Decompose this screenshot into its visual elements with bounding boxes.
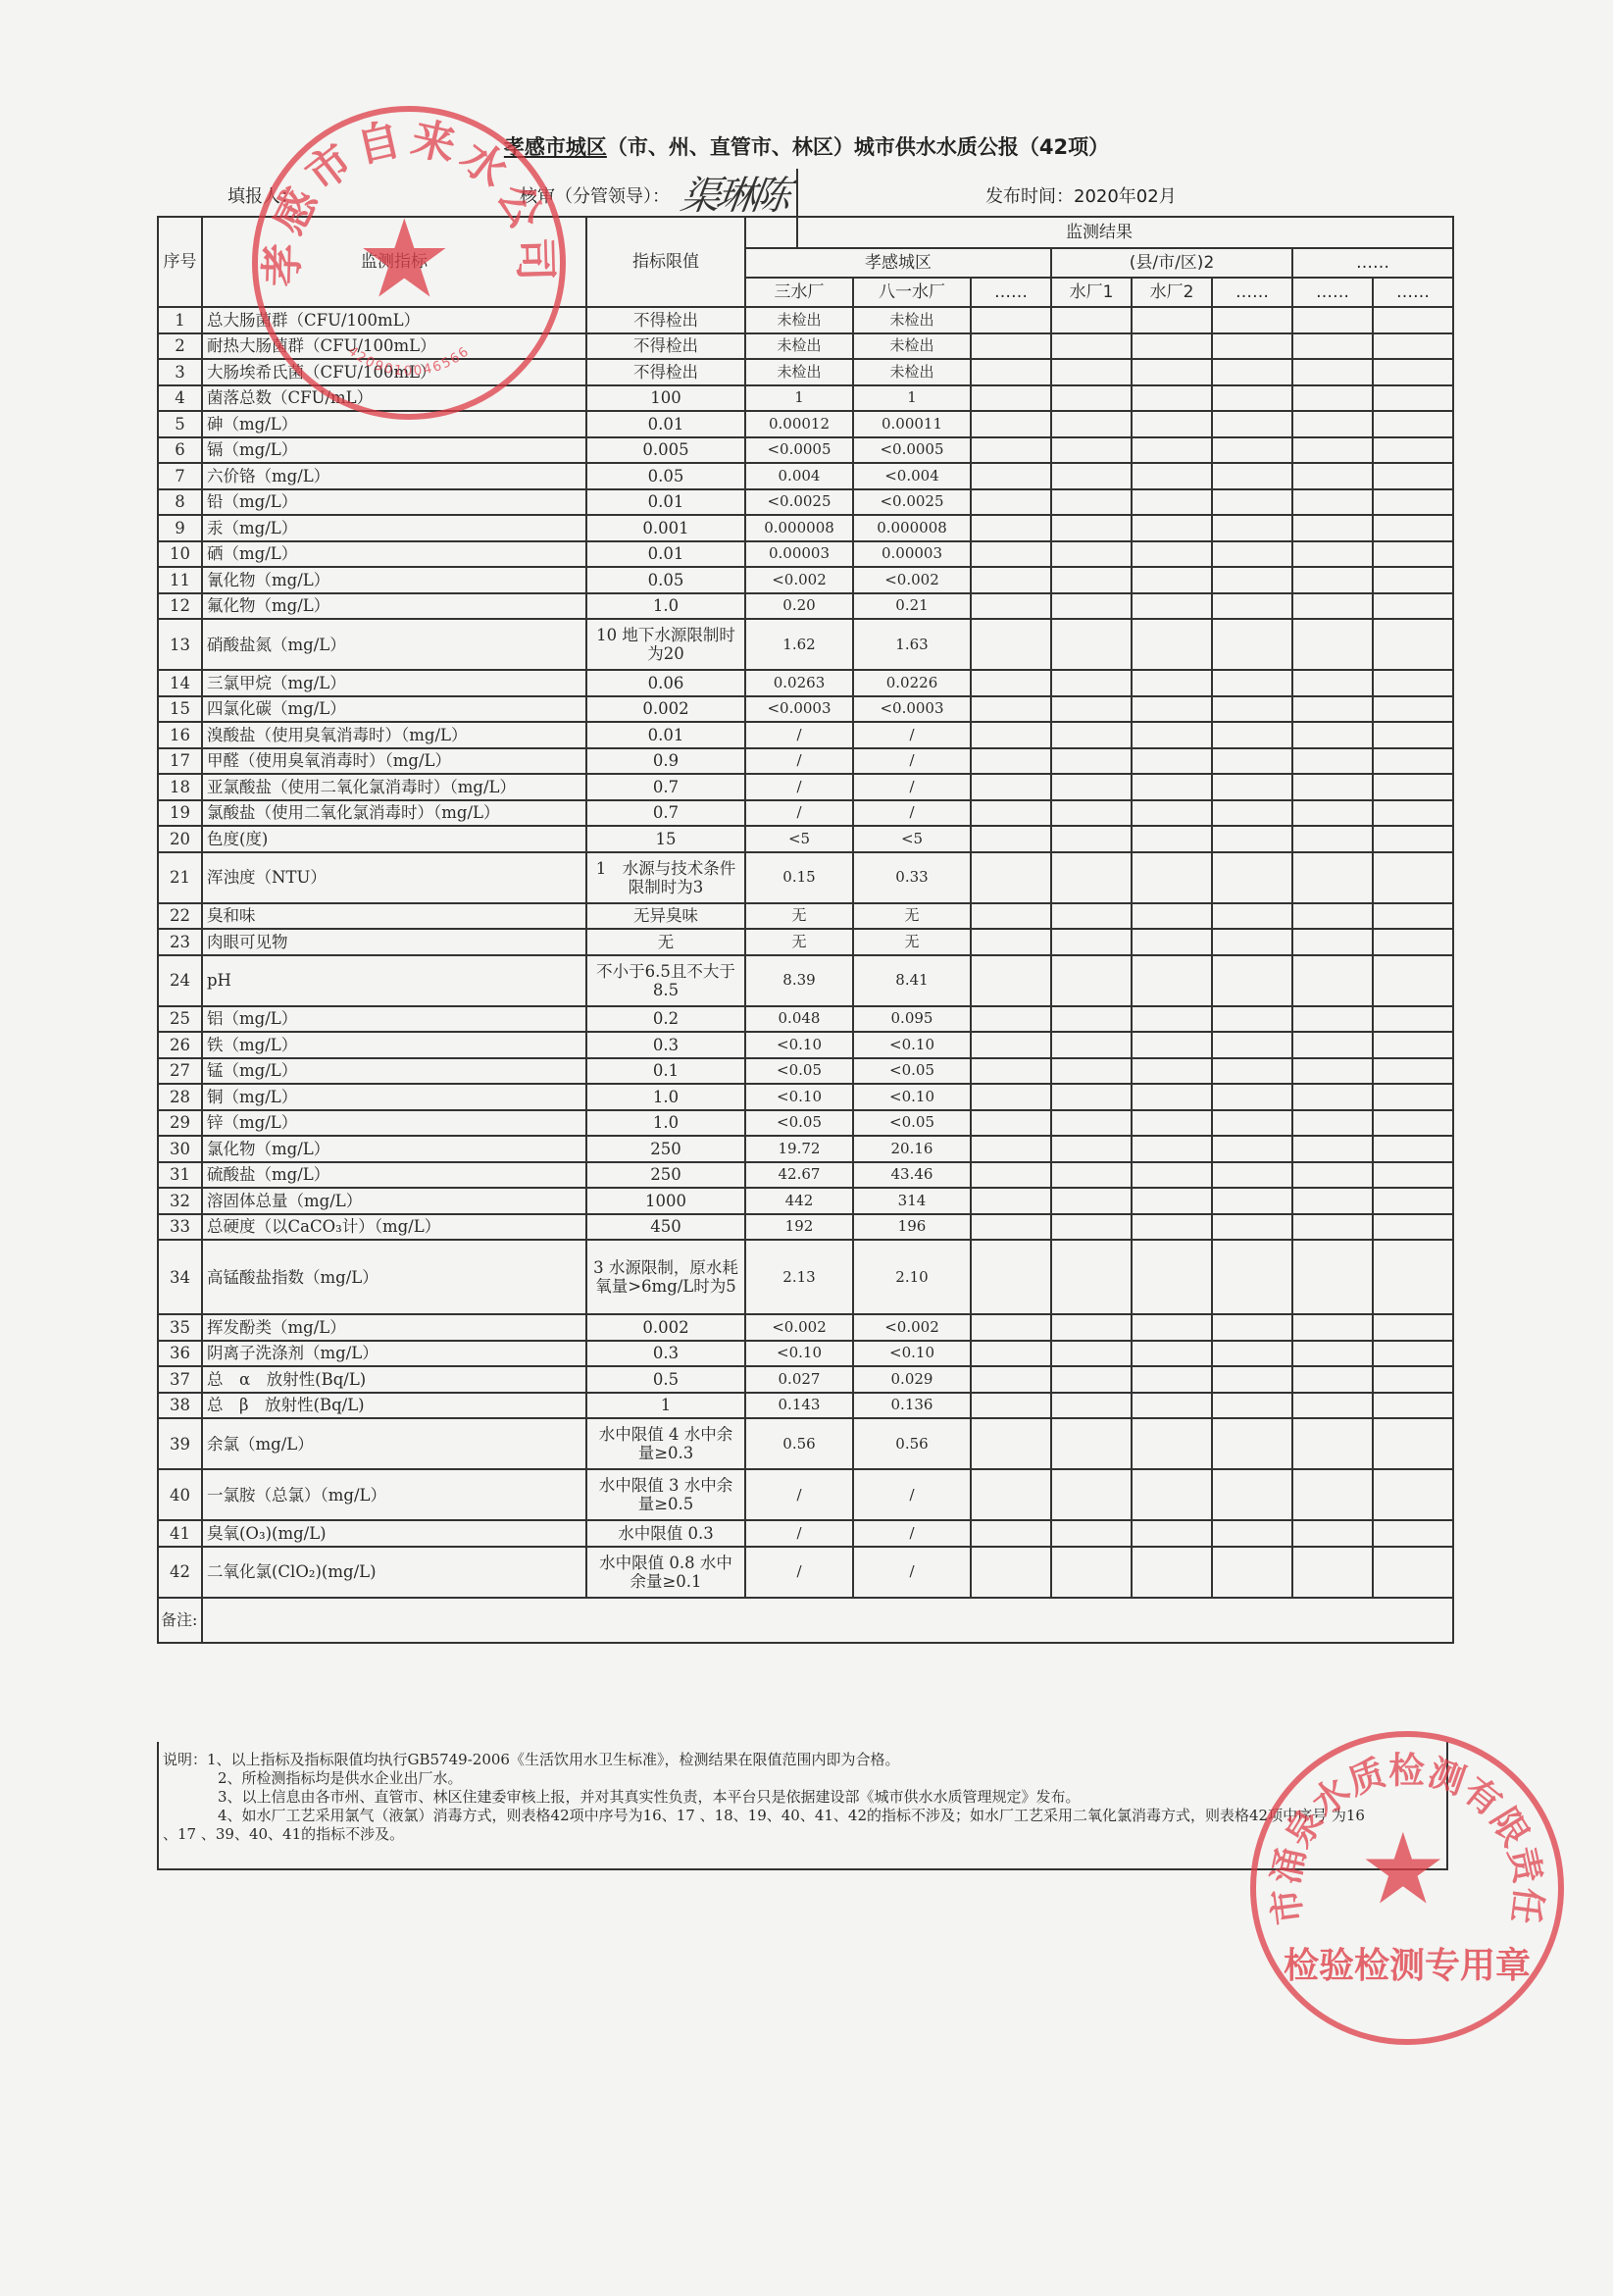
empty-result-cell: [971, 955, 1051, 1006]
result-sanshui-cell: <0.0003: [745, 696, 853, 723]
result-bayi-cell: 0.21: [853, 593, 971, 620]
result-bayi-cell: <0.004: [853, 463, 971, 489]
empty-result-cell: [971, 1520, 1051, 1547]
empty-result-cell: [1212, 437, 1292, 464]
empty-result-cell: [1051, 1547, 1132, 1598]
indicator-cell: 总硬度（以CaCO₃计）（mg/L）: [202, 1214, 586, 1241]
table-row: 9汞（mg/L）0.0010.0000080.000008: [158, 515, 1453, 541]
empty-result-cell: [971, 463, 1051, 489]
result-sanshui-cell: /: [745, 800, 853, 827]
empty-result-cell: [1051, 1006, 1132, 1033]
empty-result-cell: [1132, 1520, 1212, 1547]
limit-cell: 0.5: [586, 1366, 745, 1393]
table-row: 23肉眼可见物无无无: [158, 929, 1453, 955]
limit-cell: 250: [586, 1162, 745, 1189]
empty-result-cell: [1373, 463, 1453, 489]
empty-result-cell: [1132, 593, 1212, 620]
table-row: 19氯酸盐（使用二氧化氯消毒时）（mg/L）0.7//: [158, 800, 1453, 827]
empty-result-cell: [1132, 567, 1212, 593]
empty-result-cell: [971, 748, 1051, 775]
empty-result-cell: [1292, 929, 1373, 955]
empty-result-cell: [1051, 1240, 1132, 1314]
indicator-cell: 总 α 放射性(Bq/L): [202, 1366, 586, 1393]
empty-result-cell: [1373, 359, 1453, 385]
page-title: 孝感市城区（市、州、直管市、林区）城市供水水质公报（42项）: [0, 131, 1613, 161]
empty-result-cell: [1051, 1520, 1132, 1547]
seq-cell: 39: [158, 1418, 202, 1469]
table-row: 10硒（mg/L）0.010.000030.00003: [158, 541, 1453, 568]
empty-result-cell: [1373, 903, 1453, 930]
empty-result-cell: [1212, 826, 1292, 852]
table-row: 20色度(度)15<5<5: [158, 826, 1453, 852]
empty-result-cell: [1373, 1006, 1453, 1033]
limit-cell: 0.002: [586, 696, 745, 723]
limit-cell: 0.3: [586, 1341, 745, 1367]
empty-result-cell: [1212, 1058, 1292, 1085]
empty-result-cell: [971, 541, 1051, 568]
empty-result-cell: [1132, 463, 1212, 489]
empty-result-cell: [1051, 463, 1132, 489]
empty-result-cell: [1132, 1240, 1212, 1314]
empty-result-cell: [1292, 1547, 1373, 1598]
publish-label: 发布时间：: [985, 186, 1074, 207]
result-sanshui-cell: <0.10: [745, 1032, 853, 1058]
empty-result-cell: [1212, 1240, 1292, 1314]
empty-result-cell: [1132, 826, 1212, 852]
seq-cell: 14: [158, 670, 202, 696]
limit-cell: 不小于6.5且不大于8.5: [586, 955, 745, 1006]
result-bayi-cell: 196: [853, 1214, 971, 1241]
result-bayi-cell: 0.095: [853, 1006, 971, 1033]
empty-result-cell: [1212, 1006, 1292, 1033]
empty-result-cell: [1212, 955, 1292, 1006]
empty-result-cell: [1051, 826, 1132, 852]
result-sanshui-cell: 42.67: [745, 1162, 853, 1189]
seq-cell: 26: [158, 1032, 202, 1058]
empty-result-cell: [1051, 1032, 1132, 1058]
result-sanshui-cell: 未检出: [745, 359, 853, 385]
indicator-cell: 汞（mg/L）: [202, 515, 586, 541]
empty-result-cell: [971, 307, 1051, 333]
limit-cell: 0.2: [586, 1006, 745, 1033]
result-bayi-cell: 0.00011: [853, 411, 971, 437]
empty-result-cell: [1373, 1084, 1453, 1110]
empty-result-cell: [1132, 1547, 1212, 1598]
table-row: 18亚氯酸盐（使用二氧化氯消毒时）（mg/L）0.7//: [158, 774, 1453, 800]
seq-cell: 5: [158, 411, 202, 437]
limit-cell: 0.05: [586, 567, 745, 593]
empty-result-cell: [1212, 385, 1292, 412]
empty-result-cell: [1373, 955, 1453, 1006]
seq-cell: 10: [158, 541, 202, 568]
seq-cell: 3: [158, 359, 202, 385]
empty-result-cell: [1051, 593, 1132, 620]
empty-result-cell: [1212, 1469, 1292, 1520]
empty-result-cell: [971, 593, 1051, 620]
empty-result-cell: [1132, 515, 1212, 541]
empty-result-cell: [1212, 1032, 1292, 1058]
empty-result-cell: [1373, 437, 1453, 464]
company-seal-stamp: 孝感市自来水公司 4209010046566 ★: [252, 106, 566, 420]
table-row: 17甲醛（使用臭氧消毒时）（mg/L）0.9//: [158, 748, 1453, 775]
empty-result-cell: [1051, 1366, 1132, 1393]
empty-result-cell: [1373, 1393, 1453, 1419]
empty-result-cell: [1373, 385, 1453, 412]
table-row: 13硝酸盐氮（mg/L）10 地下水源限制时为201.621.63: [158, 619, 1453, 670]
indicator-cell: 氰化物（mg/L）: [202, 567, 586, 593]
table-row: 21浑浊度（NTU）1 水源与技术条件限制时为30.150.33: [158, 852, 1453, 903]
limit-cell: 0.002: [586, 1314, 745, 1341]
svg-text:4209010046566: 4209010046566: [345, 343, 474, 380]
table-row: 27锰（mg/L）0.1<0.05<0.05: [158, 1058, 1453, 1085]
empty-result-cell: [971, 1214, 1051, 1241]
empty-result-cell: [1292, 1188, 1373, 1214]
result-bayi-cell: 未检出: [853, 359, 971, 385]
result-bayi-cell: 0.0226: [853, 670, 971, 696]
seq-cell: 18: [158, 774, 202, 800]
plant-header: ……: [1292, 278, 1373, 307]
indicator-cell: 挥发酚类（mg/L）: [202, 1314, 586, 1341]
indicator-cell: 溴酸盐（使用臭氧消毒时）（mg/L）: [202, 722, 586, 748]
result-bayi-cell: 0.029: [853, 1366, 971, 1393]
seq-cell: 35: [158, 1314, 202, 1341]
empty-result-cell: [1051, 1214, 1132, 1241]
limit-cell: 0.01: [586, 411, 745, 437]
empty-result-cell: [1292, 463, 1373, 489]
col-seq-header: 序号: [158, 217, 202, 307]
table-row: 28铜（mg/L）1.0<0.10<0.10: [158, 1084, 1453, 1110]
table-row: 34高锰酸盐指数（mg/L）3 水源限制，原水耗氧量>6mg/L时为52.132…: [158, 1240, 1453, 1314]
empty-result-cell: [1051, 1188, 1132, 1214]
empty-result-cell: [1132, 696, 1212, 723]
empty-result-cell: [1292, 1520, 1373, 1547]
empty-result-cell: [1132, 619, 1212, 670]
empty-result-cell: [971, 437, 1051, 464]
empty-result-cell: [1212, 567, 1292, 593]
empty-result-cell: [1292, 333, 1373, 360]
indicator-cell: 一氯胺（总氯）（mg/L）: [202, 1469, 586, 1520]
result-bayi-cell: /: [853, 774, 971, 800]
empty-result-cell: [1051, 1341, 1132, 1367]
seq-cell: 30: [158, 1136, 202, 1162]
empty-result-cell: [1292, 1006, 1373, 1033]
empty-result-cell: [971, 489, 1051, 516]
empty-result-cell: [1212, 722, 1292, 748]
seq-cell: 33: [158, 1214, 202, 1241]
reviewer-signature: 渠琳陈: [678, 165, 791, 221]
star-icon: ★: [356, 205, 453, 313]
seq-cell: 38: [158, 1393, 202, 1419]
empty-result-cell: [971, 1006, 1051, 1033]
empty-result-cell: [1051, 489, 1132, 516]
limit-cell: 0.7: [586, 774, 745, 800]
seq-cell: 1: [158, 307, 202, 333]
empty-result-cell: [1132, 1058, 1212, 1085]
seq-cell: 21: [158, 852, 202, 903]
seq-cell: 34: [158, 1240, 202, 1314]
empty-result-cell: [1373, 333, 1453, 360]
limit-cell: 100: [586, 385, 745, 412]
empty-result-cell: [1292, 670, 1373, 696]
empty-result-cell: [1051, 1110, 1132, 1137]
empty-result-cell: [1132, 774, 1212, 800]
indicator-cell: 亚氯酸盐（使用二氧化氯消毒时）（mg/L）: [202, 774, 586, 800]
table-row: 24pH不小于6.5且不大于8.58.398.41: [158, 955, 1453, 1006]
empty-result-cell: [971, 1084, 1051, 1110]
empty-result-cell: [971, 515, 1051, 541]
result-bayi-cell: <0.0025: [853, 489, 971, 516]
group-header: (县/市/区)2: [1051, 248, 1292, 278]
result-sanshui-cell: /: [745, 1547, 853, 1598]
empty-result-cell: [971, 1366, 1051, 1393]
empty-result-cell: [1132, 1136, 1212, 1162]
limit-cell: 0.05: [586, 463, 745, 489]
empty-result-cell: [1051, 696, 1132, 723]
result-bayi-cell: <0.05: [853, 1110, 971, 1137]
empty-result-cell: [1051, 670, 1132, 696]
empty-result-cell: [1051, 567, 1132, 593]
empty-result-cell: [1373, 1162, 1453, 1189]
result-bayi-cell: <5: [853, 826, 971, 852]
empty-result-cell: [1292, 1058, 1373, 1085]
seq-cell: 15: [158, 696, 202, 723]
result-sanshui-cell: 1.62: [745, 619, 853, 670]
seq-cell: 11: [158, 567, 202, 593]
empty-result-cell: [971, 1393, 1051, 1419]
empty-result-cell: [1132, 359, 1212, 385]
result-sanshui-cell: <0.10: [745, 1341, 853, 1367]
empty-result-cell: [1051, 411, 1132, 437]
limit-cell: 0.01: [586, 489, 745, 516]
empty-result-cell: [971, 1418, 1051, 1469]
group-header: 孝感城区: [745, 248, 1051, 278]
empty-result-cell: [1132, 411, 1212, 437]
seq-cell: 25: [158, 1006, 202, 1033]
empty-result-cell: [1212, 1084, 1292, 1110]
empty-result-cell: [1292, 1136, 1373, 1162]
table-row: 25铝（mg/L）0.20.0480.095: [158, 1006, 1453, 1033]
seq-cell: 42: [158, 1547, 202, 1598]
result-bayi-cell: <0.10: [853, 1032, 971, 1058]
star-icon: ★: [1359, 1820, 1447, 1918]
empty-result-cell: [1212, 670, 1292, 696]
result-sanshui-cell: 2.13: [745, 1240, 853, 1314]
result-bayi-cell: 0.136: [853, 1393, 971, 1419]
limit-cell: 水中限值 0.3: [586, 1520, 745, 1547]
empty-result-cell: [1051, 515, 1132, 541]
result-bayi-cell: 无: [853, 929, 971, 955]
seq-cell: 19: [158, 800, 202, 827]
empty-result-cell: [971, 696, 1051, 723]
empty-result-cell: [1212, 1366, 1292, 1393]
table-row: 31硫酸盐（mg/L）25042.6743.46: [158, 1162, 1453, 1189]
result-sanshui-cell: <0.05: [745, 1110, 853, 1137]
limit-cell: 450: [586, 1214, 745, 1241]
empty-result-cell: [1212, 307, 1292, 333]
empty-result-cell: [971, 411, 1051, 437]
empty-result-cell: [1373, 489, 1453, 516]
empty-result-cell: [1051, 748, 1132, 775]
empty-result-cell: [1132, 1006, 1212, 1033]
empty-result-cell: [1373, 1188, 1453, 1214]
empty-result-cell: [1051, 852, 1132, 903]
table-row: 41臭氧(O₃)(mg/L)水中限值 0.3//: [158, 1520, 1453, 1547]
table-row: 42二氧化氯(ClO₂)(mg/L)水中限值 0.8 水中余量≥0.1//: [158, 1547, 1453, 1598]
table-row: 35挥发酚类（mg/L）0.002<0.002<0.002: [158, 1314, 1453, 1341]
empty-result-cell: [1051, 359, 1132, 385]
empty-result-cell: [1132, 1314, 1212, 1341]
indicator-cell: 肉眼可见物: [202, 929, 586, 955]
empty-result-cell: [1212, 1188, 1292, 1214]
result-bayi-cell: /: [853, 800, 971, 827]
empty-result-cell: [1292, 748, 1373, 775]
empty-result-cell: [1373, 800, 1453, 827]
empty-result-cell: [1212, 1162, 1292, 1189]
result-sanshui-cell: /: [745, 774, 853, 800]
empty-result-cell: [1212, 411, 1292, 437]
indicator-cell: 甲醛（使用臭氧消毒时）（mg/L）: [202, 748, 586, 775]
empty-result-cell: [1212, 593, 1292, 620]
seq-cell: 24: [158, 955, 202, 1006]
empty-result-cell: [971, 903, 1051, 930]
empty-result-cell: [1292, 852, 1373, 903]
result-sanshui-cell: 未检出: [745, 333, 853, 360]
empty-result-cell: [1292, 437, 1373, 464]
limit-cell: 0.1: [586, 1058, 745, 1085]
empty-result-cell: [1292, 489, 1373, 516]
empty-result-cell: [1292, 1162, 1373, 1189]
result-bayi-cell: <0.0005: [853, 437, 971, 464]
limit-cell: 0.001: [586, 515, 745, 541]
seq-cell: 23: [158, 929, 202, 955]
empty-result-cell: [1051, 955, 1132, 1006]
empty-result-cell: [1373, 929, 1453, 955]
indicator-cell: 氟化物（mg/L）: [202, 593, 586, 620]
empty-result-cell: [1212, 463, 1292, 489]
empty-result-cell: [1373, 307, 1453, 333]
empty-result-cell: [1373, 1240, 1453, 1314]
empty-result-cell: [1292, 619, 1373, 670]
table-row: 8铅（mg/L）0.01<0.0025<0.0025: [158, 489, 1453, 516]
empty-result-cell: [1292, 696, 1373, 723]
empty-result-cell: [1292, 774, 1373, 800]
water-quality-table: 序号 监测指标 指标限值 监测结果 孝感城区 (县/市/区)2 …… 三水厂 八…: [157, 216, 1454, 1644]
result-sanshui-cell: 无: [745, 929, 853, 955]
result-bayi-cell: 1.63: [853, 619, 971, 670]
indicator-cell: 四氯化碳（mg/L）: [202, 696, 586, 723]
empty-result-cell: [1132, 852, 1212, 903]
seq-cell: 37: [158, 1366, 202, 1393]
seal-bottom-text: 检验检测专用章: [1256, 1938, 1558, 1988]
limit-cell: 无异臭味: [586, 903, 745, 930]
empty-result-cell: [1051, 1084, 1132, 1110]
group-header: ……: [1292, 248, 1453, 278]
plant-header: 水厂2: [1132, 278, 1212, 307]
empty-result-cell: [1373, 1136, 1453, 1162]
seq-cell: 40: [158, 1469, 202, 1520]
seq-cell: 13: [158, 619, 202, 670]
empty-result-cell: [1373, 1341, 1453, 1367]
empty-result-cell: [971, 1314, 1051, 1341]
empty-result-cell: [1132, 1032, 1212, 1058]
limit-cell: 10 地下水源限制时为20: [586, 619, 745, 670]
result-sanshui-cell: <0.002: [745, 1314, 853, 1341]
limit-cell: 1.0: [586, 593, 745, 620]
result-sanshui-cell: <0.0025: [745, 489, 853, 516]
result-sanshui-cell: 192: [745, 1214, 853, 1241]
empty-result-cell: [1373, 593, 1453, 620]
limit-cell: 250: [586, 1136, 745, 1162]
note-line: 2、所检测指标均是供水企业出厂水。: [163, 1769, 1440, 1788]
empty-result-cell: [1292, 385, 1373, 412]
table-row: 40一氯胺（总氯）（mg/L）水中限值 3 水中余量≥0.5//: [158, 1469, 1453, 1520]
result-bayi-cell: 0.000008: [853, 515, 971, 541]
plant-header: ……: [971, 278, 1051, 307]
note-line: 3、以上信息由各市州、直管市、林区住建委审核上报，并对其真实性负责，本平台只是依…: [163, 1788, 1440, 1807]
empty-result-cell: [971, 1032, 1051, 1058]
empty-result-cell: [1212, 333, 1292, 360]
empty-result-cell: [1212, 852, 1292, 903]
indicator-cell: 硫酸盐（mg/L）: [202, 1162, 586, 1189]
note-line: 4、如水厂工艺采用氯气（液氯）消毒方式，则表格42项中序号为16、17 、18、…: [163, 1807, 1440, 1825]
result-sanshui-cell: <5: [745, 826, 853, 852]
result-bayi-cell: 1: [853, 385, 971, 412]
empty-result-cell: [1292, 1314, 1373, 1341]
seq-cell: 32: [158, 1188, 202, 1214]
empty-result-cell: [1132, 385, 1212, 412]
seq-cell: 2: [158, 333, 202, 360]
limit-cell: 0.3: [586, 1032, 745, 1058]
empty-result-cell: [1373, 1547, 1453, 1598]
empty-result-cell: [1292, 1214, 1373, 1241]
result-bayi-cell: 0.33: [853, 852, 971, 903]
empty-result-cell: [1132, 1188, 1212, 1214]
empty-result-cell: [1132, 748, 1212, 775]
result-sanshui-cell: 0.027: [745, 1366, 853, 1393]
empty-result-cell: [1132, 1214, 1212, 1241]
empty-result-cell: [1051, 722, 1132, 748]
empty-result-cell: [1373, 1214, 1453, 1241]
result-sanshui-cell: 0.0263: [745, 670, 853, 696]
result-bayi-cell: <0.05: [853, 1058, 971, 1085]
result-sanshui-cell: /: [745, 722, 853, 748]
result-sanshui-cell: 无: [745, 903, 853, 930]
empty-result-cell: [971, 852, 1051, 903]
table-row: 7六价铬（mg/L）0.050.004<0.004: [158, 463, 1453, 489]
empty-result-cell: [1132, 437, 1212, 464]
empty-result-cell: [1051, 1136, 1132, 1162]
empty-result-cell: [1132, 489, 1212, 516]
empty-result-cell: [1292, 307, 1373, 333]
limit-cell: 0.06: [586, 670, 745, 696]
result-bayi-cell: /: [853, 1520, 971, 1547]
indicator-cell: 三氯甲烷（mg/L）: [202, 670, 586, 696]
publish-time: 发布时间：2020年02月: [985, 182, 1177, 208]
table-row: 15四氯化碳（mg/L）0.002<0.0003<0.0003: [158, 696, 1453, 723]
empty-result-cell: [1292, 359, 1373, 385]
result-sanshui-cell: 未检出: [745, 307, 853, 333]
empty-result-cell: [1292, 1084, 1373, 1110]
title-rest: （市、州、直管市、林区）城市供水水质公报（42项）: [607, 135, 1109, 159]
empty-result-cell: [1212, 1547, 1292, 1598]
result-sanshui-cell: 0.048: [745, 1006, 853, 1033]
empty-result-cell: [1373, 826, 1453, 852]
limit-cell: 3 水源限制，原水耗氧量>6mg/L时为5: [586, 1240, 745, 1314]
table-body: 1总大肠菌群（CFU/100mL）不得检出未检出未检出2耐热大肠菌群（CFU/1…: [158, 307, 1453, 1598]
empty-result-cell: [971, 385, 1051, 412]
result-bayi-cell: <0.002: [853, 1314, 971, 1341]
table-row: 6镉（mg/L）0.005<0.0005<0.0005: [158, 437, 1453, 464]
